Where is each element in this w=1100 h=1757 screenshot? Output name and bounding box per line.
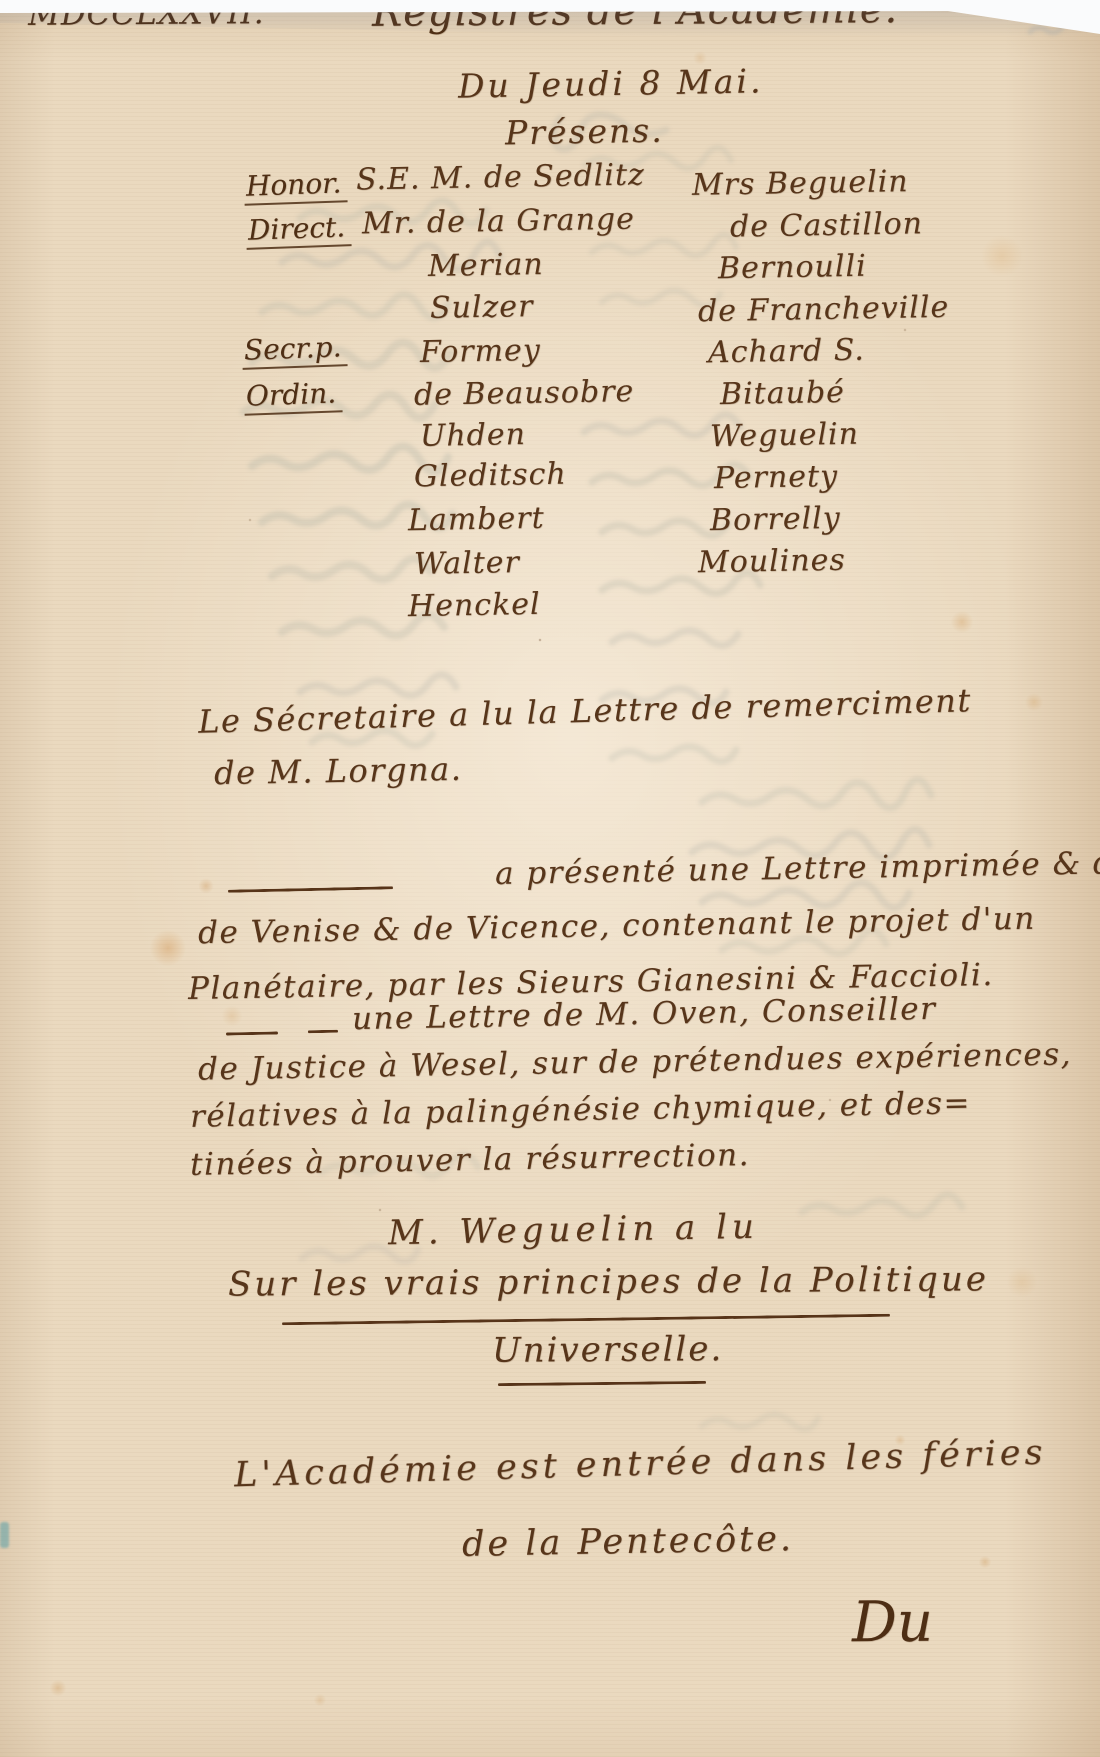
attendee-name: Pernety <box>714 459 839 496</box>
attendee-name: Achard S. <box>708 333 865 371</box>
reading-intro-line: M. Weguelin a lu <box>388 1207 759 1253</box>
attendee-name: Gleditsch <box>414 457 567 495</box>
attendee-name: Walter <box>414 545 520 582</box>
presens-heading: Présens. <box>505 111 664 153</box>
attendee-name: Formey <box>420 333 541 370</box>
attendee-name: Bitaubé <box>720 375 845 412</box>
attendee-name: de Francheville <box>698 290 950 329</box>
attendee-name: de Beausobre <box>414 374 635 413</box>
attendee-name: Sulzer <box>430 289 534 326</box>
attendee-name: Henckel <box>408 587 541 624</box>
closing-note-line: de la Pentecôte. <box>462 1519 795 1565</box>
attendee-name: Borrelly <box>710 501 841 538</box>
ditto-dash <box>308 1030 338 1034</box>
attendee-name: Moulines <box>698 543 846 581</box>
margin-label-honoraire: Honor. <box>243 166 348 206</box>
attendee-name: S.E. M. de Sedlitz <box>356 157 645 197</box>
secretary-entry-line: de M. Lorgna. <box>214 750 463 792</box>
attendee-name: Mrs Beguelin <box>692 164 909 203</box>
manuscript-page: MDCCLXXVII. Registres de l'Académie. Du … <box>0 0 1100 1757</box>
reading-title-line: Sur les vrais principes de la Politique <box>228 1259 989 1304</box>
attendee-name: Lambert <box>408 501 545 538</box>
margin-ink-speck <box>0 1522 9 1548</box>
catchword: Du <box>852 1590 933 1656</box>
margin-label-directeur: Direct. <box>245 210 351 250</box>
attendee-name: Merian <box>428 247 544 284</box>
session-date-heading: Du Jeudi 8 Mai. <box>458 61 764 105</box>
margin-label-ordinaires: Ordin. <box>243 376 342 415</box>
attendee-name: Weguelin <box>710 417 860 455</box>
attendee-name: Mr. de la Grange <box>362 202 635 242</box>
attendee-name: Uhden <box>420 417 526 454</box>
margin-label-secretaire: Secr.p. <box>241 330 348 370</box>
attendee-name: Bernoulli <box>718 249 867 287</box>
reading-title-line: Universelle. <box>492 1329 724 1371</box>
attendee-name: de Castillon <box>730 206 924 244</box>
